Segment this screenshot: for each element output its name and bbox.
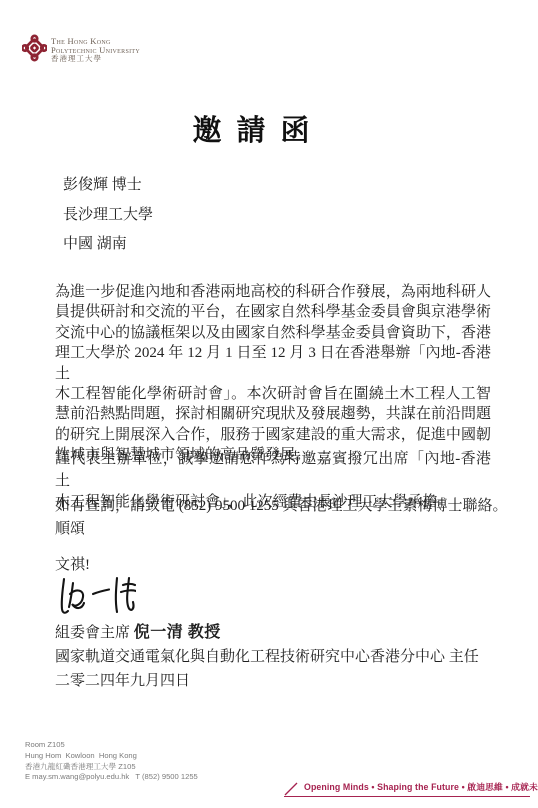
sign-off-block: 組委會主席 倪一清 教授 國家軌道交通電氣化與自動化工程技術研究中心香港分中心 … bbox=[55, 621, 479, 694]
p1-line: 為進一步促進內地和香港兩地高校的科研合作發展，為兩地科研人 bbox=[55, 282, 491, 302]
sign-role-and-name: 組委會主席 倪一清 教授 bbox=[55, 621, 479, 645]
tagline-slash-icon bbox=[284, 782, 299, 796]
sign-date: 二零二四年九月四日 bbox=[55, 669, 479, 693]
paragraph-3: 如有查詢，請致電 (852) 9500 1255 與香港理工大學王素梅博士聯絡。 bbox=[55, 496, 491, 517]
recipient-region: 中國 湖南 bbox=[63, 230, 153, 260]
p1-line: 慧前沿熱點問題，探討相關研究現狀及發展趨勢，共謀在前沿問題 bbox=[55, 404, 491, 424]
footer-room: Room Z105 bbox=[25, 740, 198, 751]
footer-district: Hung Hom Kowloon Hong Kong bbox=[25, 751, 198, 762]
recipient-block: 彭俊輝 博士 長沙理工大學 中國 湖南 bbox=[63, 171, 153, 260]
sign-organization: 國家軌道交通電氣化與自動化工程技術研究中心香港分中心 主任 bbox=[55, 645, 479, 669]
recipient-name: 彭俊輝 博士 bbox=[63, 171, 153, 201]
p1-line: 員提供研討和交流的平台，在國家自然科學基金委員會與京港學術 bbox=[55, 302, 491, 322]
footer-address-cn: 香港九龍紅磡香港理工大學 Z105 bbox=[25, 762, 198, 773]
polyu-wordmark: The Hong Kong Polytechnic University 香港理… bbox=[51, 34, 140, 64]
closing-shunsong: 順頌 bbox=[55, 519, 491, 540]
footer-address: Room Z105 Hung Hom Kowloon Hong Kong 香港九… bbox=[25, 740, 198, 783]
polyu-logo: The Hong Kong Polytechnic University 香港理… bbox=[22, 34, 140, 64]
sign-name: 倪一清 教授 bbox=[134, 624, 221, 641]
sign-role: 組委會主席 bbox=[55, 625, 130, 641]
polyu-name-cn: 香港理工大學 bbox=[51, 55, 140, 64]
letter-title: 邀請函 bbox=[0, 108, 520, 149]
polyu-knot-icon bbox=[22, 34, 47, 62]
polyu-name-en-line2: Polytechnic University bbox=[51, 46, 140, 55]
p3-line: 如有查詢，請致電 (852) 9500 1255 與香港理工大學王素梅博士聯絡。 bbox=[55, 496, 491, 517]
p1-line: 的研究上開展深入合作，服務于國家建設的重大需求，促進中國韌 bbox=[55, 425, 491, 445]
footer-contact: E may.sm.wang@polyu.edu.hk T (852) 9500 … bbox=[25, 772, 198, 783]
p1-line: 木工程智能化學術研討會」。本次研討會旨在圍繞土木工程人工智 bbox=[55, 384, 491, 404]
p1-line: 理工大學於 2024 年 12 月 1 日至 12 月 3 日在香港舉辦「內地-… bbox=[55, 343, 491, 384]
paragraph-1: 為進一步促進內地和香港兩地高校的科研合作發展，為兩地科研人 員提供研討和交流的平… bbox=[55, 282, 491, 466]
brand-tagline: Opening Minds • Shaping the Future • 啟迪思… bbox=[284, 780, 530, 797]
p1-line: 交流中心的協議框架以及由國家自然科學基金委員會資助下，香港 bbox=[55, 323, 491, 343]
signature-handwriting bbox=[56, 572, 136, 620]
p2-line: 謹代表主辦單位，誠摯邀請您作為特邀嘉賓撥冗出席「內地-香港 土 bbox=[55, 449, 491, 492]
recipient-org: 長沙理工大學 bbox=[63, 201, 153, 231]
tagline-text: Opening Minds • Shaping the Future • 啟迪思… bbox=[304, 780, 538, 793]
